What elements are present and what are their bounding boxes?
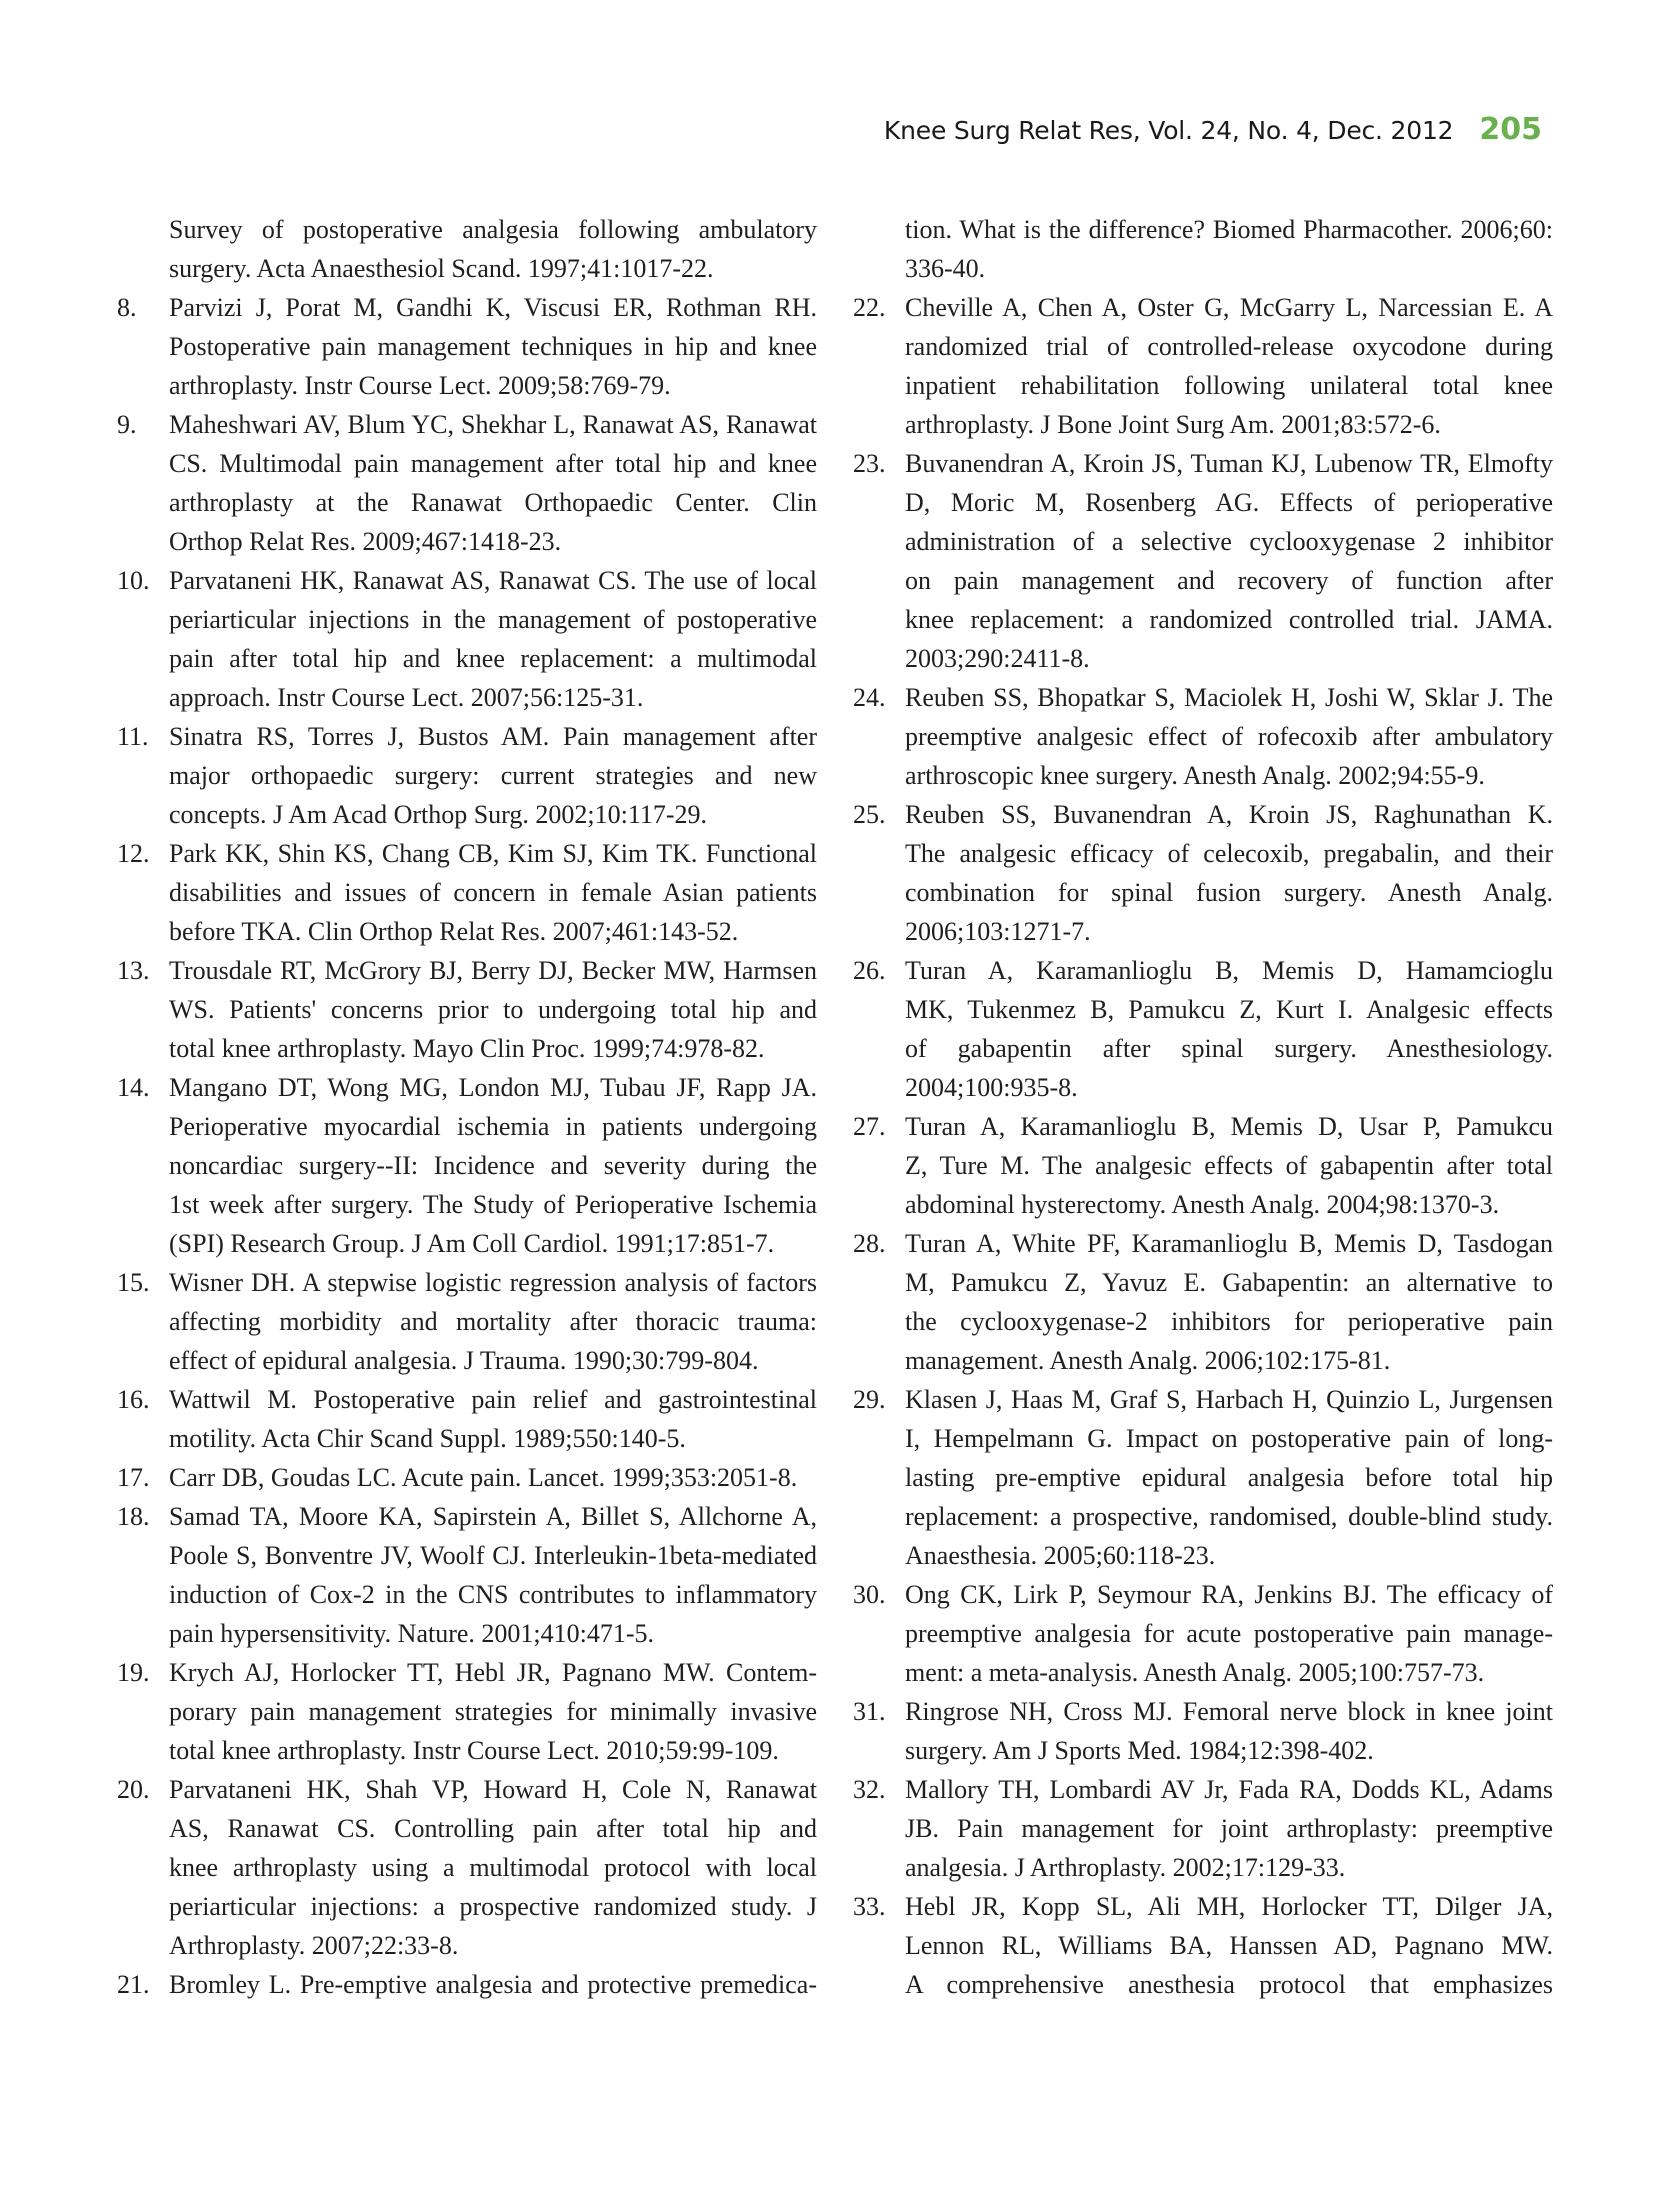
- reference-line: The analgesic efficacy of celecoxib, pre…: [905, 834, 1553, 873]
- reference-line: Samad TA, Moore KA, Sapirstein A, Billet…: [169, 1497, 817, 1536]
- running-header: Knee Surg Relat Res, Vol. 24, No. 4, Dec…: [884, 112, 1542, 147]
- reference-line: management. Anesth Analg. 2006;102:175-8…: [905, 1341, 1553, 1380]
- reference-line: ment: a meta-analysis. Anesth Analg. 200…: [905, 1653, 1553, 1692]
- reference-line: D, Moric M, Rosenberg AG. Effects of per…: [905, 483, 1553, 522]
- reference-line: Parvataneni HK, Ranawat AS, Ranawat CS. …: [169, 561, 817, 600]
- reference-line: combination for spinal fusion surgery. A…: [905, 873, 1553, 912]
- reference-number: 30.: [853, 1575, 913, 1614]
- reference-number: 19.: [117, 1653, 177, 1692]
- reference-line: analgesia. J Arthroplasty. 2002;17:129-3…: [905, 1848, 1553, 1887]
- reference-number: 9.: [117, 405, 177, 444]
- reference-number: 20.: [117, 1770, 177, 1809]
- reference-line: Wisner DH. A stepwise logistic regressio…: [169, 1263, 817, 1302]
- reference-line: Ong CK, Lirk P, Seymour RA, Jenkins BJ. …: [905, 1575, 1553, 1614]
- reference-line: disabilities and issues of concern in fe…: [169, 873, 817, 912]
- reference-line: Parvizi J, Porat M, Gandhi K, Viscusi ER…: [169, 288, 817, 327]
- reference-line: arthroplasty at the Ranawat Orthopaedic …: [169, 483, 817, 522]
- reference-line: 2003;290:2411-8.: [905, 639, 1553, 678]
- reference-line: Orthop Relat Res. 2009;467:1418-23.: [169, 522, 817, 561]
- reference-number: 27.: [853, 1107, 913, 1146]
- reference-number: 31.: [853, 1692, 913, 1731]
- reference-number: 26.: [853, 951, 913, 990]
- reference-line: effect of epidural analgesia. J Trauma. …: [169, 1341, 817, 1380]
- reference-line: 336-40.: [905, 249, 1553, 288]
- reference-line: the cyclooxygenase-2 inhibitors for peri…: [905, 1302, 1553, 1341]
- reference-line: Postoperative pain management techniques…: [169, 327, 817, 366]
- reference-line: noncardiac surgery--II: Incidence and se…: [169, 1146, 817, 1185]
- reference-line: Mallory TH, Lombardi AV Jr, Fada RA, Dod…: [905, 1770, 1553, 1809]
- reference-number: 32.: [853, 1770, 913, 1809]
- reference-line: preemptive analgesia for acute postopera…: [905, 1614, 1553, 1653]
- reference-line: I, Hempelmann G. Impact on postoperative…: [905, 1419, 1553, 1458]
- page-number: 205: [1479, 112, 1542, 147]
- reference-line: Reuben SS, Bhopatkar S, Maciolek H, Josh…: [905, 678, 1553, 717]
- reference-number: 22.: [853, 288, 913, 327]
- reference-line: replacement: a prospective, randomised, …: [905, 1497, 1553, 1536]
- reference-line: surgery. Acta Anaesthesiol Scand. 1997;4…: [169, 249, 817, 288]
- reference-line: pain hypersensitivity. Nature. 2001;410:…: [169, 1614, 817, 1653]
- reference-line: Ringrose NH, Cross MJ. Femoral nerve blo…: [905, 1692, 1553, 1731]
- reference-number: 14.: [117, 1068, 177, 1107]
- reference-number: 21.: [117, 1965, 177, 2004]
- reference-line: major orthopaedic surgery: current strat…: [169, 756, 817, 795]
- reference-line: Krych AJ, Horlocker TT, Hebl JR, Pagnano…: [169, 1653, 817, 1692]
- reference-line: induction of Cox-2 in the CNS contribute…: [169, 1575, 817, 1614]
- reference-line: Carr DB, Goudas LC. Acute pain. Lancet. …: [169, 1458, 817, 1497]
- reference-number: 17.: [117, 1458, 177, 1497]
- reference-line: Hebl JR, Kopp SL, Ali MH, Horlocker TT, …: [905, 1887, 1553, 1926]
- reference-line: lasting pre-emptive epidural analgesia b…: [905, 1458, 1553, 1497]
- reference-line: motility. Acta Chir Scand Suppl. 1989;55…: [169, 1419, 817, 1458]
- reference-line: periarticular injections: a prospective …: [169, 1887, 817, 1926]
- reference-number: 28.: [853, 1224, 913, 1263]
- reference-line: pain after total hip and knee replacemen…: [169, 639, 817, 678]
- reference-number: 29.: [853, 1380, 913, 1419]
- reference-line: tion. What is the difference? Biomed Pha…: [905, 210, 1553, 249]
- reference-line: Bromley L. Pre-emptive analgesia and pro…: [169, 1965, 817, 2004]
- reference-line: Buvanendran A, Kroin JS, Tuman KJ, Luben…: [905, 444, 1553, 483]
- reference-number: 13.: [117, 951, 177, 990]
- reference-line: Klasen J, Haas M, Graf S, Harbach H, Qui…: [905, 1380, 1553, 1419]
- reference-number: 11.: [117, 717, 177, 756]
- reference-line: affecting morbidity and mortality after …: [169, 1302, 817, 1341]
- reference-line: before TKA. Clin Orthop Relat Res. 2007;…: [169, 912, 817, 951]
- reference-number: 33.: [853, 1887, 913, 1926]
- reference-line: arthroplasty. Instr Course Lect. 2009;58…: [169, 366, 817, 405]
- reference-line: concepts. J Am Acad Orthop Surg. 2002;10…: [169, 795, 817, 834]
- reference-line: knee replacement: a randomized controlle…: [905, 600, 1553, 639]
- reference-line: CS. Multimodal pain management after tot…: [169, 444, 817, 483]
- reference-line: Lennon RL, Williams BA, Hanssen AD, Pagn…: [905, 1926, 1553, 1965]
- reference-number: 23.: [853, 444, 913, 483]
- reference-number: 10.: [117, 561, 177, 600]
- reference-line: Parvataneni HK, Shah VP, Howard H, Cole …: [169, 1770, 817, 1809]
- reference-line: administration of a selective cyclooxyge…: [905, 522, 1553, 561]
- reference-line: Turan A, Karamanlioglu B, Memis D, Hamam…: [905, 951, 1553, 990]
- reference-line: Cheville A, Chen A, Oster G, McGarry L, …: [905, 288, 1553, 327]
- reference-line: Survey of postoperative analgesia follow…: [169, 210, 817, 249]
- reference-line: Anaesthesia. 2005;60:118-23.: [905, 1536, 1553, 1575]
- reference-number: 25.: [853, 795, 913, 834]
- reference-line: arthroscopic knee surgery. Anesth Analg.…: [905, 756, 1553, 795]
- reference-line: on pain management and recovery of funct…: [905, 561, 1553, 600]
- reference-line: Arthroplasty. 2007;22:33-8.: [169, 1926, 817, 1965]
- reference-line: of gabapentin after spinal surgery. Anes…: [905, 1029, 1553, 1068]
- reference-line: Turan A, Karamanlioglu B, Memis D, Usar …: [905, 1107, 1553, 1146]
- reference-line: WS. Patients' concerns prior to undergoi…: [169, 990, 817, 1029]
- reference-line: Trousdale RT, McGrory BJ, Berry DJ, Beck…: [169, 951, 817, 990]
- reference-line: 1st week after surgery. The Study of Per…: [169, 1185, 817, 1224]
- reference-line: Park KK, Shin KS, Chang CB, Kim SJ, Kim …: [169, 834, 817, 873]
- reference-line: randomized trial of controlled-release o…: [905, 327, 1553, 366]
- reference-line: Turan A, White PF, Karamanlioglu B, Memi…: [905, 1224, 1553, 1263]
- reference-number: 8.: [117, 288, 177, 327]
- reference-line: M, Pamukcu Z, Yavuz E. Gabapentin: an al…: [905, 1263, 1553, 1302]
- reference-line: Perioperative myocardial ischemia in pat…: [169, 1107, 817, 1146]
- reference-line: knee arthroplasty using a multimodal pro…: [169, 1848, 817, 1887]
- reference-line: Reuben SS, Buvanendran A, Kroin JS, Ragh…: [905, 795, 1553, 834]
- reference-line: Sinatra RS, Torres J, Bustos AM. Pain ma…: [169, 717, 817, 756]
- reference-line: surgery. Am J Sports Med. 1984;12:398-40…: [905, 1731, 1553, 1770]
- reference-line: AS, Ranawat CS. Controlling pain after t…: [169, 1809, 817, 1848]
- reference-number: 18.: [117, 1497, 177, 1536]
- reference-line: Wattwil M. Postoperative pain relief and…: [169, 1380, 817, 1419]
- reference-line: preemptive analgesic effect of rofecoxib…: [905, 717, 1553, 756]
- reference-line: porary pain management strategies for mi…: [169, 1692, 817, 1731]
- reference-line: Z, Ture M. The analgesic effects of gaba…: [905, 1146, 1553, 1185]
- reference-number: 12.: [117, 834, 177, 873]
- reference-number: 15.: [117, 1263, 177, 1302]
- journal-citation: Knee Surg Relat Res, Vol. 24, No. 4, Dec…: [884, 116, 1453, 145]
- reference-line: 2004;100:935-8.: [905, 1068, 1553, 1107]
- reference-line: Maheshwari AV, Blum YC, Shekhar L, Ranaw…: [169, 405, 817, 444]
- reference-line: total knee arthroplasty. Instr Course Le…: [169, 1731, 817, 1770]
- reference-line: A comprehensive anesthesia protocol that…: [905, 1965, 1553, 2004]
- reference-line: MK, Tukenmez B, Pamukcu Z, Kurt I. Analg…: [905, 990, 1553, 1029]
- reference-line: Poole S, Bonventre JV, Woolf CJ. Interle…: [169, 1536, 817, 1575]
- reference-line: approach. Instr Course Lect. 2007;56:125…: [169, 678, 817, 717]
- reference-line: abdominal hysterectomy. Anesth Analg. 20…: [905, 1185, 1553, 1224]
- reference-line: inpatient rehabilitation following unila…: [905, 366, 1553, 405]
- reference-line: JB. Pain management for joint arthroplas…: [905, 1809, 1553, 1848]
- reference-number: 16.: [117, 1380, 177, 1419]
- reference-line: Mangano DT, Wong MG, London MJ, Tubau JF…: [169, 1068, 817, 1107]
- reference-line: 2006;103:1271-7.: [905, 912, 1553, 951]
- reference-line: (SPI) Research Group. J Am Coll Cardiol.…: [169, 1224, 817, 1263]
- reference-number: 24.: [853, 678, 913, 717]
- reference-line: arthroplasty. J Bone Joint Surg Am. 2001…: [905, 405, 1553, 444]
- reference-line: periarticular injections in the manageme…: [169, 600, 817, 639]
- reference-line: total knee arthroplasty. Mayo Clin Proc.…: [169, 1029, 817, 1068]
